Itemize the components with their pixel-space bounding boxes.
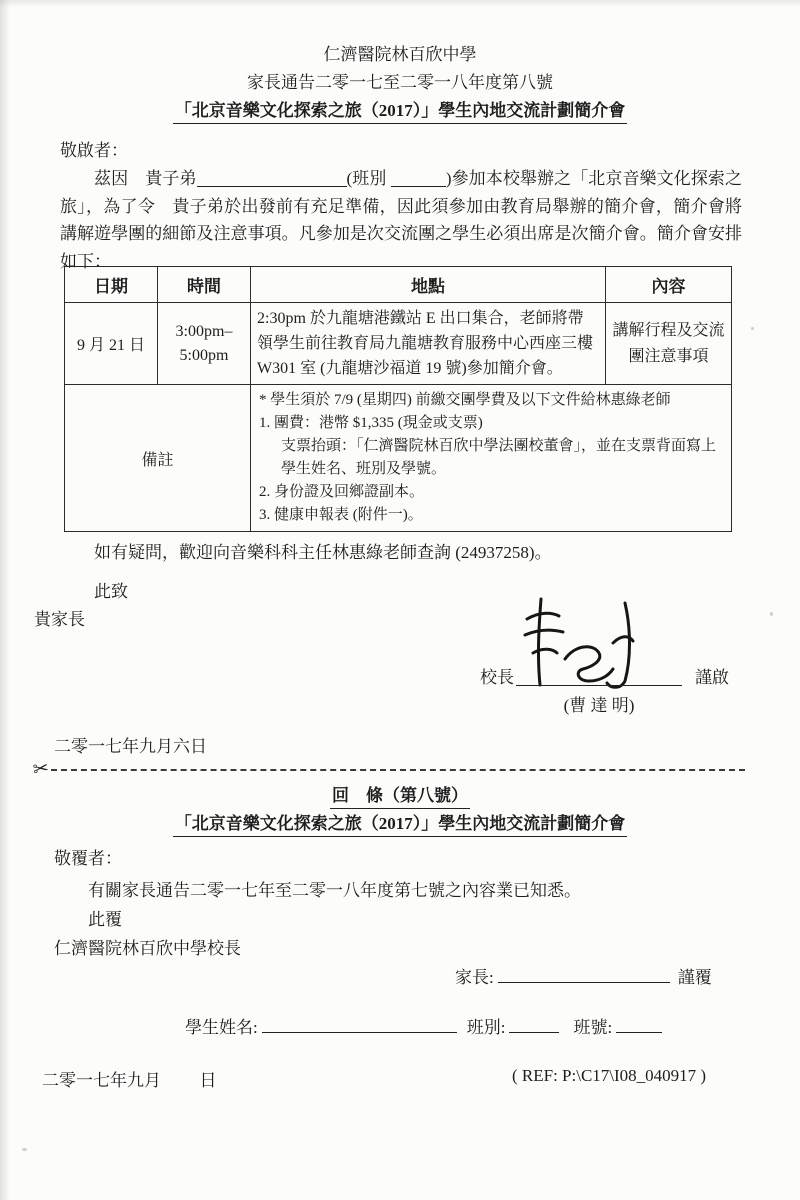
scan-edge-artifact <box>0 0 800 7</box>
remark-item: 1. 團費：港幣 $1,335 (現金或支票) <box>259 412 723 435</box>
intro-paragraph: 茲因 貴子弟(班別 )參加本校舉辦之「北京音樂文化探索之旅」，為了令 貴子弟於出… <box>60 165 742 275</box>
respectfully-label: 謹啟 <box>695 663 729 688</box>
student-name-blank <box>262 1016 457 1033</box>
reply-subtitle-text: 「北京音樂文化探索之旅（ <box>175 814 379 833</box>
scan-speck <box>22 1148 27 1151</box>
reply-class-blank <box>509 1016 559 1033</box>
reply-subtitle-tail: ）」學生內地交流計劃簡介會 <box>413 814 626 833</box>
remark-item: 3. 健康申報表 (附件一)。 <box>259 504 723 527</box>
reply-title-text: 回 條（第八號） <box>330 781 470 809</box>
principal-signature <box>508 595 678 695</box>
notice-title: 「北京音樂文化探索之旅（2017）」學生內地交流計劃簡介會 <box>0 96 800 124</box>
closing-recipient: 貴家長 <box>34 605 85 630</box>
principal-signature-line <box>516 685 682 686</box>
student-info-row: 學生姓名: 班別: 班號: <box>185 1013 662 1038</box>
session-time: 3:00pm–5:00pm <box>158 303 251 385</box>
scan-edge-artifact <box>0 0 10 1200</box>
session-date: 9 月 21 日 <box>65 303 158 385</box>
notice-title-tail: ）」學生內地交流計劃簡介會 <box>413 101 626 120</box>
session-location: 2:30pm 於九龍塘港鐵站 E 出口集合，老師將帶領學生前往教育局九龍塘教育服… <box>251 303 606 385</box>
parent-signature-row: 家長: 謹覆 <box>455 963 712 988</box>
school-name: 仁濟醫院林百欣中學 <box>0 40 800 65</box>
reply-to-principal: 仁濟醫院林百欣中學校長 <box>54 934 241 959</box>
col-header-content: 內容 <box>606 267 732 303</box>
remarks-label: 備註 <box>65 385 251 532</box>
session-row: 9 月 21 日 3:00pm–5:00pm 2:30pm 於九龍塘港鐵站 E … <box>65 303 732 385</box>
notice-title-text: 「北京音樂文化探索之旅（ <box>175 101 379 120</box>
scan-speck <box>751 327 754 330</box>
reply-subtitle-year: 2017 <box>379 814 413 833</box>
reply-this-reply: 此覆 <box>54 905 122 930</box>
principal-name: (曹 達 明) <box>516 691 682 716</box>
reply-slip-title: 回 條（第八號） <box>0 781 800 809</box>
remark-item: 2. 身份證及回鄉證副本。 <box>259 481 723 504</box>
salutation: 敬啟者： <box>60 136 128 161</box>
parent-signature-blank <box>498 966 670 983</box>
remark-item: * 學生須於 7/9 (星期四) 前繳交團學費及以下文件給林惠綠老師 <box>259 389 723 412</box>
session-content: 講解行程及交流團注意事項 <box>606 303 732 385</box>
scissors-icon: ✂ <box>32 759 50 780</box>
signature-area: 校長 謹啟 (曹 達 明) <box>400 595 760 730</box>
briefing-schedule-table: 日期 時間 地點 內容 9 月 21 日 3:00pm–5:00pm 2:30p… <box>64 266 732 532</box>
remarks-row: 備註 * 學生須於 7/9 (星期四) 前繳交團學費及以下文件給林惠綠老師 1.… <box>65 385 732 532</box>
remark-item: 支票抬頭：「仁濟醫院林百欣中學法團校董會」，並在支票背面寫上學生姓名、班別及學號… <box>281 435 723 481</box>
col-header-location: 地點 <box>251 267 606 303</box>
remarks-content: * 學生須於 7/9 (星期四) 前繳交團學費及以下文件給林惠綠老師 1. 團費… <box>251 385 732 532</box>
reply-classno-label: 班號: <box>573 1013 612 1038</box>
reply-respectfully: 謹覆 <box>678 963 712 988</box>
scan-speck <box>770 612 773 616</box>
principal-label: 校長 <box>480 663 514 688</box>
class-label: (班別 <box>347 169 387 188</box>
student-name-blank <box>197 170 347 187</box>
reply-date-month: 二零一七年九月 <box>42 1071 161 1090</box>
reply-salutation: 敬覆者： <box>54 844 122 869</box>
enquiry-line: 如有疑問，歡迎向音樂科科主任林惠綠老師查詢 (24937258)。 <box>60 538 740 563</box>
closing-this-to: 此致 <box>60 577 128 602</box>
reply-date-day: 日 <box>200 1071 217 1090</box>
reply-class-label: 班別: <box>467 1013 506 1038</box>
class-blank <box>391 170 446 187</box>
dashed-line <box>51 769 745 771</box>
reply-body: 有關家長通告二零一七年至二零一八年度第七號之內容業已知悉。 <box>54 876 744 901</box>
reply-classno-blank <box>616 1016 662 1033</box>
reply-date: 二零一七年九月 日 <box>42 1066 217 1091</box>
table-header-row: 日期 時間 地點 內容 <box>65 267 732 303</box>
file-reference: ( REF: P:\C17\I08_040917 ) <box>512 1066 706 1086</box>
parent-label: 家長: <box>455 963 494 988</box>
intro-text-1: 茲因 貴子弟 <box>94 169 197 188</box>
notice-number: 家長通告二零一七至二零一八年度第八號 <box>0 68 800 93</box>
cut-line: ✂ <box>33 760 745 779</box>
notice-title-year: 2017 <box>379 101 413 120</box>
col-header-date: 日期 <box>65 267 158 303</box>
student-name-label: 學生姓名: <box>185 1013 258 1038</box>
notice-date: 二零一七年九月六日 <box>54 732 207 757</box>
col-header-time: 時間 <box>158 267 251 303</box>
reply-slip-subtitle: 「北京音樂文化探索之旅（2017）」學生內地交流計劃簡介會 <box>0 809 800 837</box>
scanned-notice-page: 仁濟醫院林百欣中學 家長通告二零一七至二零一八年度第八號 「北京音樂文化探索之旅… <box>0 0 800 1200</box>
